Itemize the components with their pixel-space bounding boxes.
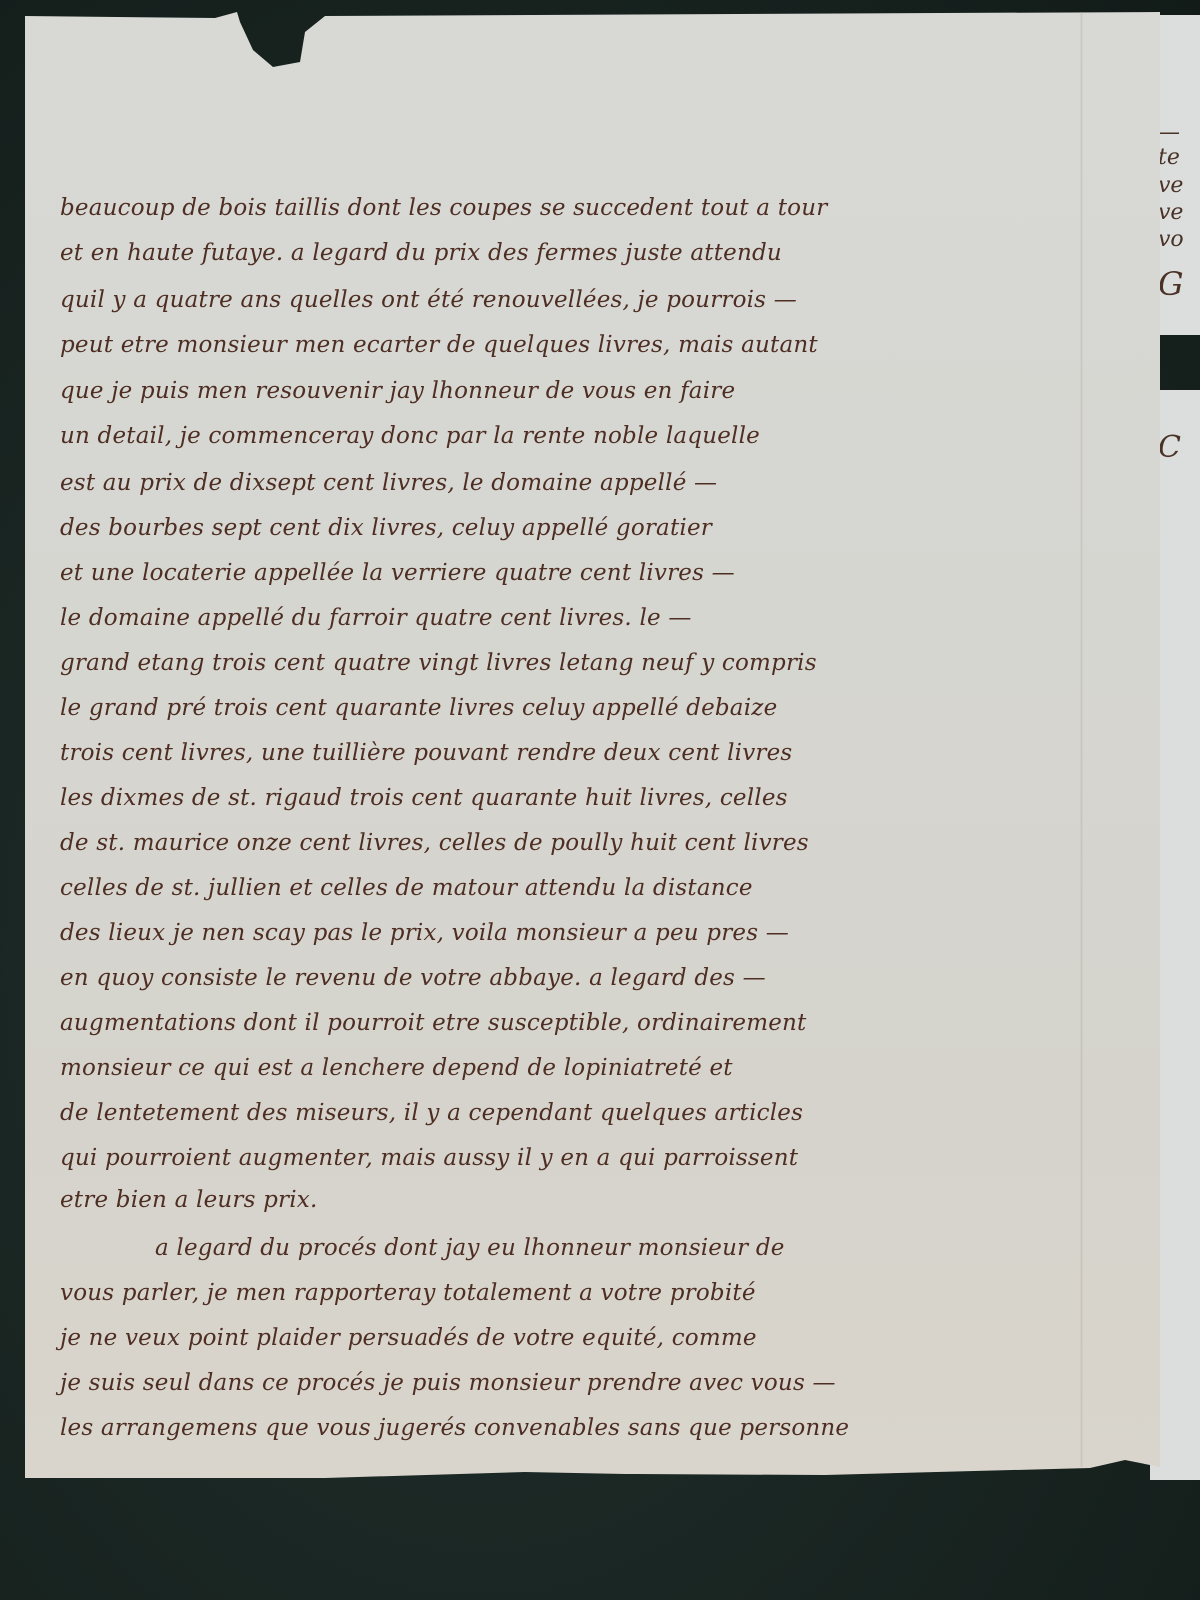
text-line: un detail, je commenceray donc par la re…	[60, 423, 760, 449]
text-line: vous parler, je men rapporteray totaleme…	[60, 1280, 756, 1306]
text-line: le domaine appellé du farroir quatre cen…	[60, 605, 692, 631]
text-line: des lieux je nen scay pas le prix, voila…	[60, 920, 789, 946]
text-line: celles de st. jullien et celles de matou…	[60, 875, 753, 901]
text-line: augmentations dont il pourroit etre susc…	[60, 1010, 807, 1036]
text-line: trois cent livres, une tuillière pouvant…	[60, 740, 792, 766]
text-line: est au prix de dixsept cent livres, le d…	[60, 470, 717, 496]
text-line: je suis seul dans ce procés je puis mons…	[60, 1370, 836, 1396]
text-line: etre bien a leurs prix.	[60, 1187, 317, 1213]
text-line: quil y a quatre ans quelles ont été reno…	[60, 287, 797, 313]
text-line: de st. maurice onze cent livres, celles …	[60, 830, 809, 856]
text-line: des bourbes sept cent dix livres, celuy …	[60, 515, 712, 541]
text-line: en quoy consiste le revenu de votre abba…	[60, 965, 766, 991]
side-fragment-text: vo	[1158, 227, 1184, 252]
text-line: beaucoup de bois taillis dont les coupes…	[60, 195, 827, 221]
text-line: que je puis men resouvenir jay lhonneur …	[60, 378, 735, 404]
side-fragment-text: G	[1158, 265, 1184, 303]
paragraph-start-line: a legard du procés dont jay eu lhonneur …	[60, 1235, 785, 1261]
side-fragment-text: —	[1158, 120, 1180, 145]
text-line: monsieur ce qui est a lenchere depend de…	[60, 1055, 733, 1081]
side-fragment-text: ve	[1158, 173, 1183, 198]
side-fragment-text: C	[1158, 430, 1181, 465]
text-line: qui pourroient augmenter, mais aussy il …	[60, 1145, 798, 1171]
text-line: peut etre monsieur men ecarter de quelqu…	[60, 332, 818, 358]
text-line: le grand pré trois cent quarante livres …	[60, 695, 777, 721]
text-line: et en haute futaye. a legard du prix des…	[60, 240, 782, 266]
side-fragment-text: ve	[1158, 200, 1183, 225]
text-line: les arrangemens que vous jugerés convena…	[60, 1415, 849, 1441]
text-line: de lentetement des miseurs, il y a cepen…	[60, 1100, 803, 1126]
text-line: je ne veux point plaider persuadés de vo…	[60, 1325, 757, 1351]
side-fragment-text: te	[1158, 145, 1180, 170]
text-line: grand etang trois cent quatre vingt livr…	[60, 650, 817, 676]
text-line: les dixmes de st. rigaud trois cent quar…	[60, 785, 788, 811]
fold-crease	[1080, 12, 1083, 1467]
text-line: et une locaterie appellée la verriere qu…	[60, 560, 735, 586]
